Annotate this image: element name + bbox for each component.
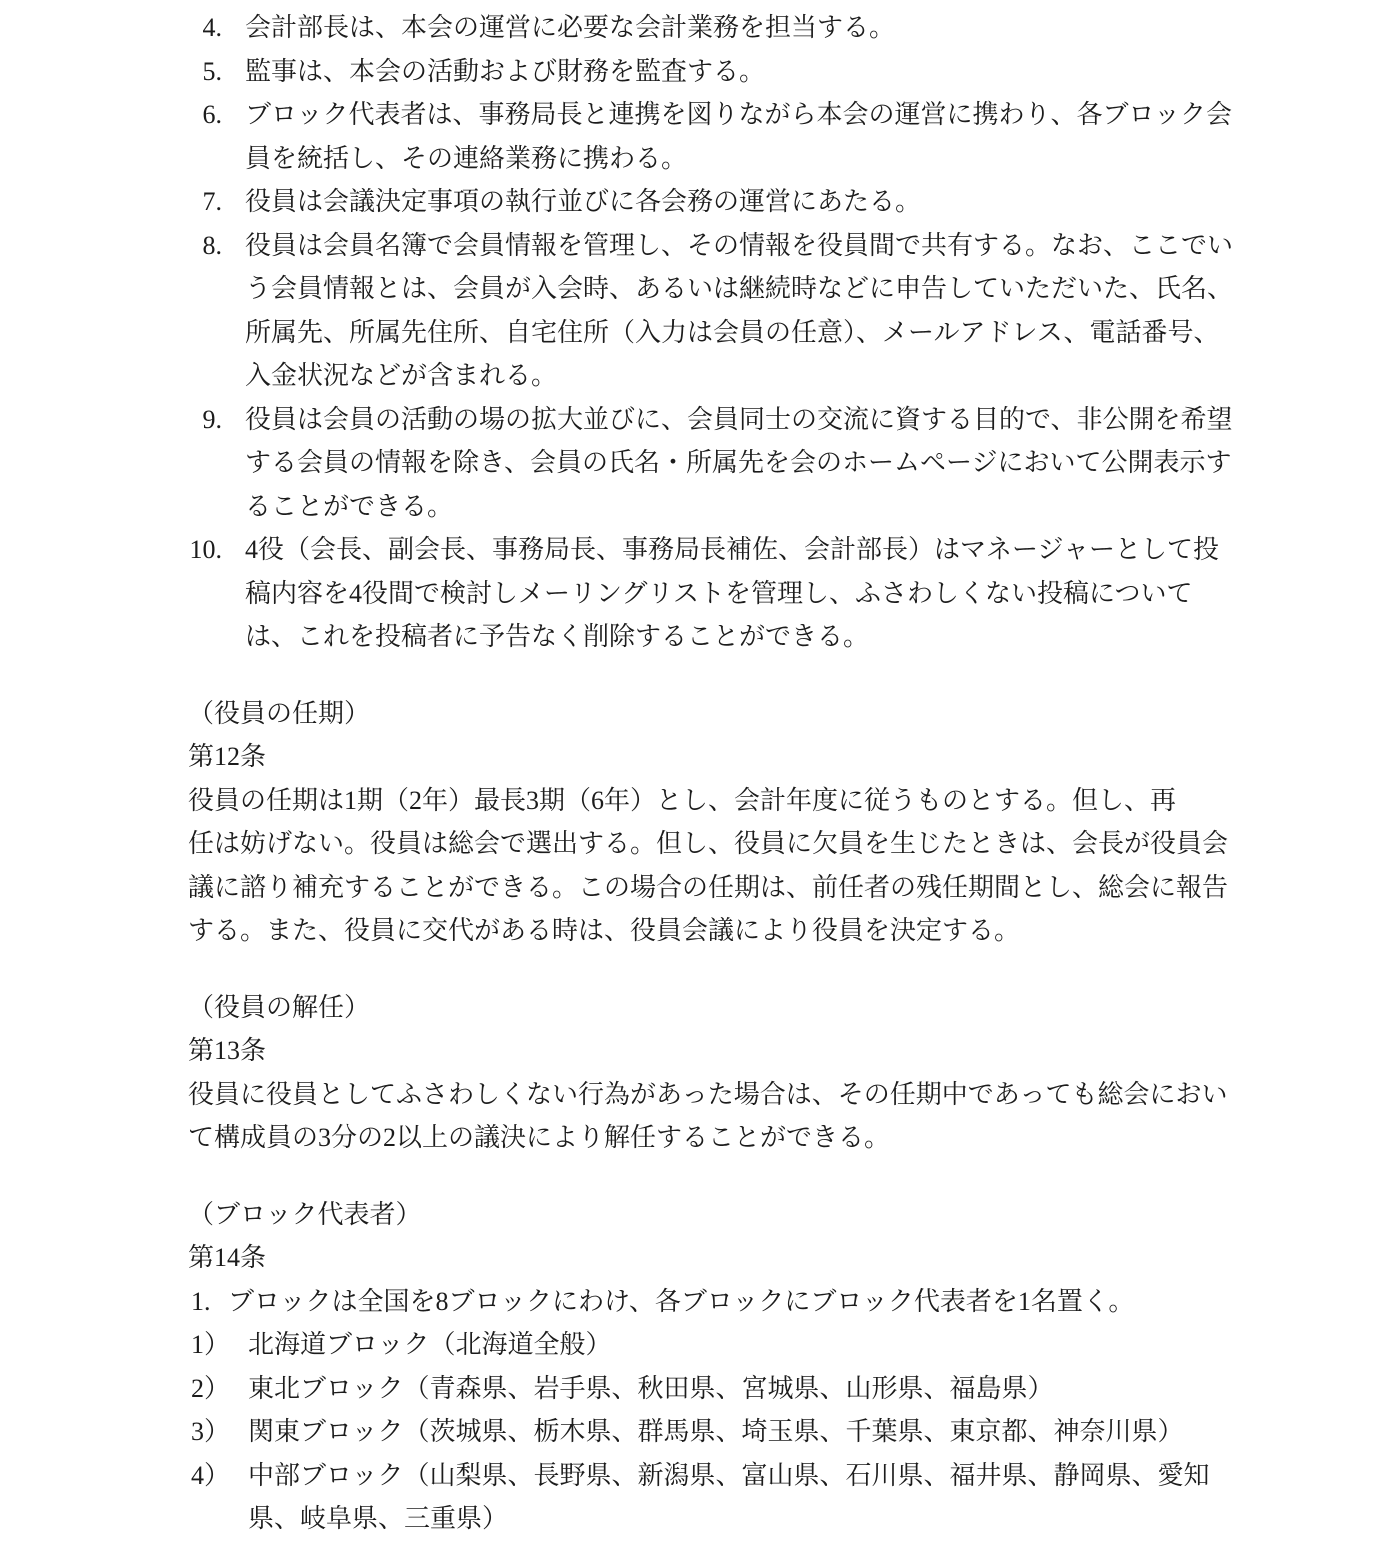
article-number: 第14条	[0, 1236, 1396, 1280]
list-item: 4）中部ブロック（山梨県、長野県、新潟県、富山県、石川県、福井県、静岡県、愛知 …	[0, 1454, 1396, 1541]
list-item-number: 4）	[191, 1454, 243, 1498]
list-item-text: ブロックは全国を8ブロックにわけ、各ブロックにブロック代表者を1名置く。	[228, 1287, 1134, 1316]
list-item-text: 東北ブロック（青森県、岩手県、秋田県、宮城県、山形県、福島県）	[248, 1374, 1053, 1403]
list-item-text: 役員は会員名簿で会員情報を管理し、その情報を役員間で共有する。なお、ここでい う…	[245, 231, 1233, 391]
list-item-text: 役員は会員の活動の場の拡大並びに、会員同士の交流に資する目的で、非公開を希望 す…	[245, 405, 1232, 521]
list-item: 10.4役（会長、副会長、事務局長、事務局長補佐、会計部長）はマネージャーとして…	[0, 528, 1396, 659]
list-item-number: 4.	[178, 6, 222, 50]
list-item-text: 中部ブロック（山梨県、長野県、新潟県、富山県、石川県、福井県、静岡県、愛知 県、…	[248, 1461, 1209, 1534]
list-item-text: 関東ブロック（茨城県、栃木県、群馬県、埼玉県、千葉県、東京都、神奈川県）	[248, 1417, 1183, 1446]
document-page: 4.会計部長は、本会の運営に必要な会計業務を担当する。 5.監事は、本会の活動お…	[0, 0, 1396, 1560]
list-item-text: 北海道ブロック（北海道全般）	[248, 1330, 611, 1359]
section-block-representatives: （ブロック代表者） 第14条	[0, 1193, 1396, 1280]
article-number: 第13条	[0, 1029, 1396, 1073]
list-item-text: 会計部長は、本会の運営に必要な会計業務を担当する。	[245, 13, 895, 42]
list-item: 6.ブロック代表者は、事務局長と連携を図りながら本会の運営に携わり、各ブロック会…	[0, 93, 1396, 180]
section-officer-term: （役員の任期） 第12条 役員の任期は1期（2年）最長3期（6年）とし、会計年度…	[0, 692, 1396, 953]
list-item-number: 9.	[178, 398, 222, 442]
list-item: 7.役員は会議決定事項の執行並びに各会務の運営にあたる。	[0, 180, 1396, 224]
list-item: 5.監事は、本会の活動および財務を監査する。	[0, 50, 1396, 94]
list-item: 2）東北ブロック（青森県、岩手県、秋田県、宮城県、山形県、福島県）	[0, 1367, 1396, 1411]
list-item-number: 6.	[178, 93, 222, 137]
list-item: 1）北海道ブロック（北海道全般）	[0, 1323, 1396, 1367]
list-item: 9.役員は会員の活動の場の拡大並びに、会員同士の交流に資する目的で、非公開を希望…	[0, 398, 1396, 529]
article-body: 役員の任期は1期（2年）最長3期（6年）とし、会計年度に従うものとする。但し、再…	[0, 779, 1396, 953]
list-item: 1.ブロックは全国を8ブロックにわけ、各ブロックにブロック代表者を1名置く。	[0, 1280, 1396, 1324]
list-item: 8.役員は会員名簿で会員情報を管理し、その情報を役員間で共有する。なお、ここでい…	[0, 224, 1396, 398]
list-item-number: 10.	[178, 528, 222, 572]
list-item: 4.会計部長は、本会の運営に必要な会計業務を担当する。	[0, 6, 1396, 50]
list-item-text: 役員は会議決定事項の執行並びに各会務の運営にあたる。	[245, 187, 921, 216]
section-officer-dismissal: （役員の解任） 第13条 役員に役員としてふさわしくない行為があった場合は、その…	[0, 986, 1396, 1160]
list-item-number: 8.	[178, 224, 222, 268]
section-heading: （ブロック代表者）	[0, 1193, 1396, 1237]
list-item-number: 1.	[191, 1280, 221, 1324]
list-item-text: 4役（会長、副会長、事務局長、事務局長補佐、会計部長）はマネージャーとして投 稿…	[245, 535, 1219, 651]
list-item-number: 2）	[191, 1367, 243, 1411]
list-item-number: 7.	[178, 180, 222, 224]
block-sublist: 1）北海道ブロック（北海道全般） 2）東北ブロック（青森県、岩手県、秋田県、宮城…	[0, 1323, 1396, 1541]
section-heading: （役員の解任）	[0, 986, 1396, 1030]
article-body: 役員に役員としてふさわしくない行為があった場合は、その任期中であっても総会におい…	[0, 1073, 1396, 1160]
list-item-number: 5.	[178, 50, 222, 94]
article-number: 第12条	[0, 735, 1396, 779]
list-item-number: 3）	[191, 1410, 243, 1454]
numbered-list: 4.会計部長は、本会の運営に必要な会計業務を担当する。 5.監事は、本会の活動お…	[0, 6, 1396, 659]
list-item-text: ブロック代表者は、事務局長と連携を図りながら本会の運営に携わり、各ブロック会 員…	[245, 100, 1232, 173]
list-item-text: 監事は、本会の活動および財務を監査する。	[245, 57, 765, 86]
list-item: 3）関東ブロック（茨城県、栃木県、群馬県、埼玉県、千葉県、東京都、神奈川県）	[0, 1410, 1396, 1454]
section-heading: （役員の任期）	[0, 692, 1396, 736]
list-item-number: 1）	[191, 1323, 243, 1367]
